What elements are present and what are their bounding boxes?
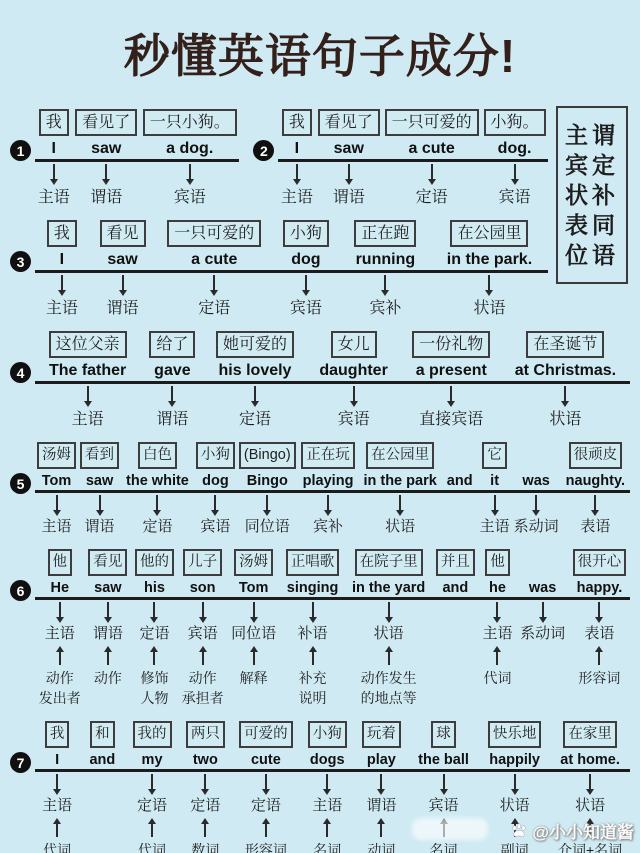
down-arrow-icon [189, 164, 191, 179]
sentence-units-row: 他He主语动作发出者看见saw谓语动作他的his定语修饰人物儿子son宾语动作承… [35, 549, 630, 708]
chinese-word-box: 汤姆 [37, 442, 76, 469]
english-word: my [125, 748, 178, 772]
down-arrow-icon [61, 275, 63, 290]
sentence-unit: 我I主语 [35, 220, 89, 318]
down-arrow-icon [151, 774, 153, 789]
word-class-label: 代词 [35, 840, 79, 853]
chinese-word-box: 我 [39, 109, 69, 136]
down-arrow-icon [156, 495, 158, 510]
chinese-box-row: 小狗 [194, 442, 237, 469]
chinese-word-box: 一只可爱的 [385, 109, 479, 136]
sentence-unit: 在公园里in the park状语 [358, 442, 441, 536]
up-arrow-icon [202, 652, 204, 665]
chinese-box-row: 我 [35, 109, 72, 136]
watermark-blur-patch [412, 818, 488, 840]
chinese-word-box: 这位父亲 [49, 331, 127, 358]
chinese-box-row: 儿子 [178, 549, 228, 576]
english-word: play [355, 748, 408, 772]
sentence-unit: 他He主语动作发出者 [35, 549, 85, 708]
english-word: dog [194, 469, 237, 493]
chinese-box-row: 很开心 [569, 549, 630, 576]
chinese-box-row: 正在玩 [298, 442, 359, 469]
sentence-unit: 女儿daughter宾语 [305, 331, 401, 429]
legend-line: 表同 [565, 210, 619, 240]
chinese-box-row: 在院子里 [345, 549, 432, 576]
word-class-label: 名词 [300, 840, 355, 853]
top-left-column: 1我I主语看见了saw谓语一只小狗。a dog.宾语 2我I主语看见了saw谓语… [10, 96, 548, 318]
sentence-unit: 玩着play谓语动词 [355, 721, 408, 853]
chinese-box-row: 在公园里 [358, 442, 441, 469]
down-arrow-icon [450, 386, 452, 401]
down-arrow-icon [598, 602, 600, 617]
chinese-word-box: 小狗 [283, 220, 329, 247]
up-arrow-icon [312, 652, 314, 665]
english-word: dog. [481, 136, 548, 162]
word-class-label: 代词 [125, 840, 178, 853]
english-word: he [479, 576, 517, 600]
sentence-unit: 她可爱的his lovely定语 [205, 331, 306, 429]
chinese-box-row: 看见了 [72, 109, 139, 136]
chinese-box-row: 看到 [78, 442, 121, 469]
down-arrow-icon [214, 495, 216, 510]
example-pair-row: 1我I主语看见了saw谓语一只小狗。a dog.宾语 2我I主语看见了saw谓语… [10, 96, 548, 207]
sentence-unit: 正在玩playing宾补 [298, 442, 359, 536]
english-word: a present [402, 358, 501, 384]
chinese-word-box: 我 [45, 721, 70, 748]
down-arrow-icon [312, 602, 314, 617]
chinese-word-box: 可爱的 [239, 721, 293, 748]
down-arrow-icon [253, 602, 255, 617]
number-badge: 6 [10, 580, 31, 601]
sentence-unit: 很开心happy.表语形容词 [569, 549, 630, 688]
english-word: happy. [569, 576, 630, 600]
down-arrow-icon [202, 602, 204, 617]
up-arrow-icon [56, 824, 58, 837]
english-word: son [178, 576, 228, 600]
paw-icon [510, 822, 528, 840]
word-class-label: 解释 [227, 668, 280, 688]
english-word: saw [89, 247, 157, 273]
word-class-label: 数词 [179, 840, 232, 853]
sentence-unit: 汤姆Tom主语 [35, 442, 78, 536]
sentence-unit: 汤姆Tom同位语解释 [227, 549, 280, 688]
english-word: the ball [408, 748, 479, 772]
english-word: saw [72, 136, 139, 162]
chinese-box-row: 它 [478, 442, 512, 469]
down-arrow-icon [488, 275, 490, 290]
sentence-unit: 我I主语 [278, 109, 315, 207]
sentence-unit: 看见了saw谓语 [315, 109, 382, 207]
chinese-box-row: 小狗 [272, 220, 340, 247]
english-word: in the park. [431, 247, 548, 273]
chinese-box-row: 在圣诞节 [501, 331, 630, 358]
chinese-box-row: 一份礼物 [402, 331, 501, 358]
english-word: I [35, 748, 79, 772]
down-arrow-icon [496, 602, 498, 617]
sentence-unit: 他he主语代词 [479, 549, 517, 688]
chinese-word-box: 我 [47, 220, 77, 247]
example-sentence-1: 1我I主语看见了saw谓语一只小狗。a dog.宾语 [10, 109, 239, 207]
chinese-word-box: 看到 [80, 442, 119, 469]
english-word: a cute [382, 136, 481, 162]
chinese-word-box: 正在玩 [301, 442, 355, 469]
english-word: playing [298, 469, 359, 493]
chinese-word-box: 汤姆 [234, 549, 273, 576]
legend-line: 位语 [565, 240, 619, 270]
english-word: and [432, 576, 479, 600]
chinese-word-box: 在公园里 [450, 220, 528, 247]
legend-line: 宾定 [565, 150, 619, 180]
chinese-box-row: 一只可爱的 [156, 220, 272, 247]
number-badge: 7 [10, 752, 31, 773]
number-badge: 2 [253, 140, 274, 161]
sentence-unit: 看到saw谓语 [78, 442, 121, 536]
english-word: happily [479, 748, 550, 772]
sentence-units-row: 我I主语看见了saw谓语一只小狗。a dog.宾语 [35, 109, 239, 207]
chinese-word-box: 玩着 [362, 721, 401, 748]
chinese-word-box: 并且 [436, 549, 475, 576]
sentence-unit: 儿子son宾语动作承担者 [178, 549, 228, 708]
down-arrow-icon [105, 164, 107, 179]
chinese-box-row: 他 [35, 549, 85, 576]
english-word: at Christmas. [501, 358, 630, 384]
chinese-box-row: 一只小狗。 [140, 109, 239, 136]
up-arrow-icon [204, 824, 206, 837]
sentence-unit: 可爱的cute定语形容词 [232, 721, 300, 853]
chinese-box-row: 快乐地 [479, 721, 550, 748]
sentence-unit: and [442, 442, 478, 493]
down-arrow-icon [204, 774, 206, 789]
down-arrow-icon [514, 774, 516, 789]
down-arrow-icon [589, 774, 591, 789]
down-arrow-icon [380, 774, 382, 789]
legend-line: 主谓 [565, 120, 619, 150]
down-arrow-icon [296, 164, 298, 179]
sentence-unit: 一只可爱的a cute定语 [382, 109, 481, 207]
down-arrow-icon [535, 495, 537, 510]
legend-box: 主谓 宾定 状补 表同 位语 [556, 106, 628, 284]
sentence-unit: 小狗。dog.宾语 [481, 109, 548, 207]
chinese-box-row: 看见了 [315, 109, 382, 136]
word-class-label: 动作 [85, 668, 132, 688]
chinese-box-row: 可爱的 [232, 721, 300, 748]
chinese-box-row: 和 [79, 721, 125, 748]
chinese-word-box: 小狗。 [484, 109, 546, 136]
word-class-label: 发出者 [35, 688, 85, 708]
sentence-unit: 正在跑running宾补 [340, 220, 431, 318]
down-arrow-icon [122, 275, 124, 290]
chinese-box-row: 在家里 [550, 721, 630, 748]
chinese-box-row: 他 [479, 549, 517, 576]
sentence-unit: 我I主语代词 [35, 721, 79, 853]
chinese-box-row: 女儿 [305, 331, 401, 358]
up-arrow-icon [59, 652, 61, 665]
chinese-word-box: 她可爱的 [216, 331, 294, 358]
english-word: I [35, 136, 72, 162]
sentence-unit: 一只小狗。a dog.宾语 [140, 109, 239, 207]
chinese-box-row: 玩着 [355, 721, 408, 748]
legend-line: 状补 [565, 180, 619, 210]
down-arrow-icon [348, 164, 350, 179]
down-arrow-icon [56, 495, 58, 510]
chinese-word-box: 一只可爱的 [167, 220, 261, 247]
chinese-box-row: (Bingo) [237, 442, 298, 469]
number-badge: 1 [10, 140, 31, 161]
watermark: @小小知道酱 [510, 818, 634, 843]
sentence-unit: 小狗dogs主语名词 [300, 721, 355, 853]
sentence-unit: 白色the white定语 [121, 442, 194, 536]
up-arrow-icon [265, 824, 267, 837]
chinese-word-box: 小狗 [308, 721, 347, 748]
chinese-box-row: 正在跑 [340, 220, 431, 247]
chinese-word-box: 和 [90, 721, 115, 748]
chinese-word-box: 他 [485, 549, 510, 576]
chinese-word-box: 我 [282, 109, 312, 136]
number-badge: 5 [10, 473, 31, 494]
chinese-word-box: 小狗 [196, 442, 235, 469]
down-arrow-icon [153, 602, 155, 617]
chinese-word-box: 看见 [88, 549, 127, 576]
english-word: it [478, 469, 512, 493]
word-class-label: 说明 [280, 688, 345, 708]
chinese-word-box: 女儿 [331, 331, 377, 358]
word-class-label: 承担者 [178, 688, 228, 708]
sentence-unit: (Bingo)Bingo同位语 [237, 442, 298, 536]
sentence-unit: 一份礼物a present直接宾语 [402, 331, 501, 429]
chinese-box-row: 小狗 [300, 721, 355, 748]
sentence-units-row: 我I主语看见了saw谓语一只可爱的a cute定语小狗。dog.宾语 [278, 109, 548, 207]
chinese-word-box: 正在跑 [354, 220, 416, 247]
example-sentence-5: 5汤姆Tom主语看到saw谓语白色the white定语小狗dog宾语(Bing… [10, 442, 630, 536]
sentence-unit: 并且and [432, 549, 479, 600]
english-word: He [35, 576, 85, 600]
down-arrow-icon [353, 386, 355, 401]
english-word: the white [121, 469, 194, 493]
sentence-unit: 在公园里in the park.状语 [431, 220, 548, 318]
chinese-box-row: 我 [35, 220, 89, 247]
chinese-box-row: 给了 [140, 331, 204, 358]
english-word: dogs [300, 748, 355, 772]
down-arrow-icon [388, 602, 390, 617]
sentence-unit: 一只可爱的a cute定语 [156, 220, 272, 318]
sentence-unit: 小狗dog宾语 [272, 220, 340, 318]
sentence-unit: 两只two定语数词 [179, 721, 232, 853]
english-word: singing [280, 576, 345, 600]
down-arrow-icon [99, 495, 101, 510]
chinese-box-row [512, 442, 561, 469]
word-class-label: 形容词 [232, 840, 300, 853]
up-arrow-icon [598, 652, 600, 665]
chinese-word-box: 它 [482, 442, 507, 469]
chinese-box-row: 白色 [121, 442, 194, 469]
chinese-word-box: 很开心 [573, 549, 627, 576]
chinese-box-row: 她可爱的 [205, 331, 306, 358]
chinese-word-box: 看见 [100, 220, 146, 247]
english-word: naughty. [561, 469, 630, 493]
down-arrow-icon [542, 602, 544, 617]
down-arrow-icon [266, 495, 268, 510]
english-word: saw [315, 136, 382, 162]
chinese-word-box: 白色 [138, 442, 177, 469]
chinese-word-box: 正唱歌 [286, 549, 340, 576]
chinese-word-box: 在圣诞节 [526, 331, 604, 358]
chinese-box-row: 汤姆 [227, 549, 280, 576]
top-section: 1我I主语看见了saw谓语一只小狗。a dog.宾语 2我I主语看见了saw谓语… [10, 96, 630, 318]
word-class-label: 名词 [408, 840, 479, 853]
chinese-box-row: 在公园里 [431, 220, 548, 247]
chinese-box-row [442, 442, 478, 469]
chinese-box-row: 两只 [179, 721, 232, 748]
page-title: 秒懂英语句子成分! [10, 20, 630, 86]
chinese-word-box: 我的 [133, 721, 172, 748]
chinese-box-row: 看见 [89, 220, 157, 247]
chinese-word-box: 在公园里 [366, 442, 434, 469]
chinese-word-box: (Bingo) [239, 442, 296, 469]
down-arrow-icon [564, 386, 566, 401]
watermark-handle: @小小知道酱 [532, 818, 634, 843]
chinese-word-box: 看见了 [318, 109, 380, 136]
down-arrow-icon [265, 774, 267, 789]
poster: 秒懂英语句子成分! 1我I主语看见了saw谓语一只小狗。a dog.宾语 2我I… [0, 20, 640, 853]
english-word: his lovely [205, 358, 306, 384]
down-arrow-icon [171, 386, 173, 401]
down-arrow-icon [305, 275, 307, 290]
english-word: Tom [227, 576, 280, 600]
sentence-unit: was系动词 [512, 442, 561, 536]
example-sentence-4: 4这位父亲The father主语给了gave谓语她可爱的his lovely定… [10, 331, 630, 429]
sentence-unit: 给了gave谓语 [140, 331, 204, 429]
english-word: running [340, 247, 431, 273]
english-word: saw [85, 576, 132, 600]
word-class-label: 动作发生 [345, 668, 432, 688]
sentence-unit: 正唱歌singing补语补充说明 [280, 549, 345, 708]
english-word: a dog. [140, 136, 239, 162]
down-arrow-icon [443, 774, 445, 789]
sentence-unit: 他的his定语修饰人物 [131, 549, 178, 708]
down-arrow-icon [431, 164, 433, 179]
down-arrow-icon [594, 495, 596, 510]
english-word: I [278, 136, 315, 162]
up-arrow-icon [388, 652, 390, 665]
english-word: and [442, 469, 478, 493]
chinese-word-box: 他 [48, 549, 73, 576]
english-word: his [131, 576, 178, 600]
sentence-unit: 这位父亲The father主语 [35, 331, 140, 429]
english-word: I [35, 247, 89, 273]
sentence-unit: 看见了saw谓语 [72, 109, 139, 207]
down-arrow-icon [213, 275, 215, 290]
example-sentence-6: 6他He主语动作发出者看见saw谓语动作他的his定语修饰人物儿子son宾语动作… [10, 549, 630, 708]
word-class-label: 形容词 [569, 668, 630, 688]
chinese-word-box: 两只 [186, 721, 225, 748]
english-word: daughter [305, 358, 401, 384]
chinese-word-box: 一份礼物 [412, 331, 490, 358]
sentence-unit: 我I主语 [35, 109, 72, 207]
down-arrow-icon [494, 495, 496, 510]
english-word: dog [272, 247, 340, 273]
english-word: Bingo [237, 469, 298, 493]
example-sentence-2: 2我I主语看见了saw谓语一只可爱的a cute定语小狗。dog.宾语 [253, 109, 548, 207]
english-word: was [512, 469, 561, 493]
sentence-unit: was系动词 [516, 549, 569, 643]
chinese-word-box: 给了 [149, 331, 195, 358]
up-arrow-icon [253, 652, 255, 665]
english-word: at home. [550, 748, 630, 772]
sentence-unit: 很顽皮naughty.表语 [561, 442, 630, 536]
english-word: was [516, 576, 569, 600]
number-badge: 3 [10, 251, 31, 272]
up-arrow-icon [151, 824, 153, 837]
down-arrow-icon [87, 386, 89, 401]
down-arrow-icon [53, 164, 55, 179]
word-class-label: 补充 [280, 668, 345, 688]
chinese-word-box: 球 [431, 721, 456, 748]
word-class-label: 动作 [178, 668, 228, 688]
english-word: Tom [35, 469, 78, 493]
chinese-box-row: 他的 [131, 549, 178, 576]
english-word: two [179, 748, 232, 772]
english-word: gave [140, 358, 204, 384]
english-word: The father [35, 358, 140, 384]
chinese-box-row: 正唱歌 [280, 549, 345, 576]
sentence-unit: 我的my定语代词 [125, 721, 178, 853]
up-arrow-icon [326, 824, 328, 837]
english-word: cute [232, 748, 300, 772]
example-sentence-3: 3我I主语看见saw谓语一只可爱的a cute定语小狗dog宾语正在跑runni… [10, 220, 548, 318]
down-arrow-icon [399, 495, 401, 510]
chinese-box-row: 我 [278, 109, 315, 136]
up-arrow-icon [496, 652, 498, 665]
english-word: in the park [358, 469, 441, 493]
word-class-label: 人物 [131, 688, 178, 708]
chinese-word-box: 在院子里 [355, 549, 423, 576]
word-class-label: 代词 [479, 668, 517, 688]
chinese-word-box: 很顽皮 [569, 442, 623, 469]
word-class-label: 动作 [35, 668, 85, 688]
chinese-word-box: 他的 [135, 549, 174, 576]
down-arrow-icon [56, 774, 58, 789]
chinese-box-row [516, 549, 569, 576]
english-word: in the yard [345, 576, 432, 600]
word-class-label: 的地点等 [345, 688, 432, 708]
chinese-word-box: 快乐地 [488, 721, 542, 748]
sentence-units-row: 汤姆Tom主语看到saw谓语白色the white定语小狗dog宾语(Bingo… [35, 442, 630, 536]
sentence-unit: 它it主语 [478, 442, 512, 536]
sentence-unit: 在院子里in the yard状语动作发生的地点等 [345, 549, 432, 708]
down-arrow-icon [59, 602, 61, 617]
chinese-box-row: 小狗。 [481, 109, 548, 136]
up-arrow-icon [380, 824, 382, 837]
down-arrow-icon [107, 602, 109, 617]
up-arrow-icon [153, 652, 155, 665]
down-arrow-icon [327, 495, 329, 510]
chinese-box-row: 这位父亲 [35, 331, 140, 358]
chinese-box-row: 我的 [125, 721, 178, 748]
sentence-unit: 和and [79, 721, 125, 772]
chinese-box-row: 我 [35, 721, 79, 748]
up-arrow-icon [107, 652, 109, 665]
sentence-unit: 小狗dog宾语 [194, 442, 237, 536]
english-word: saw [78, 469, 121, 493]
number-badge: 4 [10, 362, 31, 383]
down-arrow-icon [384, 275, 386, 290]
english-word: and [79, 748, 125, 772]
sentence-units-row: 这位父亲The father主语给了gave谓语她可爱的his lovely定语… [35, 331, 630, 429]
word-class-label: 动词 [355, 840, 408, 853]
chinese-box-row: 并且 [432, 549, 479, 576]
chinese-box-row: 很顽皮 [561, 442, 630, 469]
english-word: a cute [156, 247, 272, 273]
